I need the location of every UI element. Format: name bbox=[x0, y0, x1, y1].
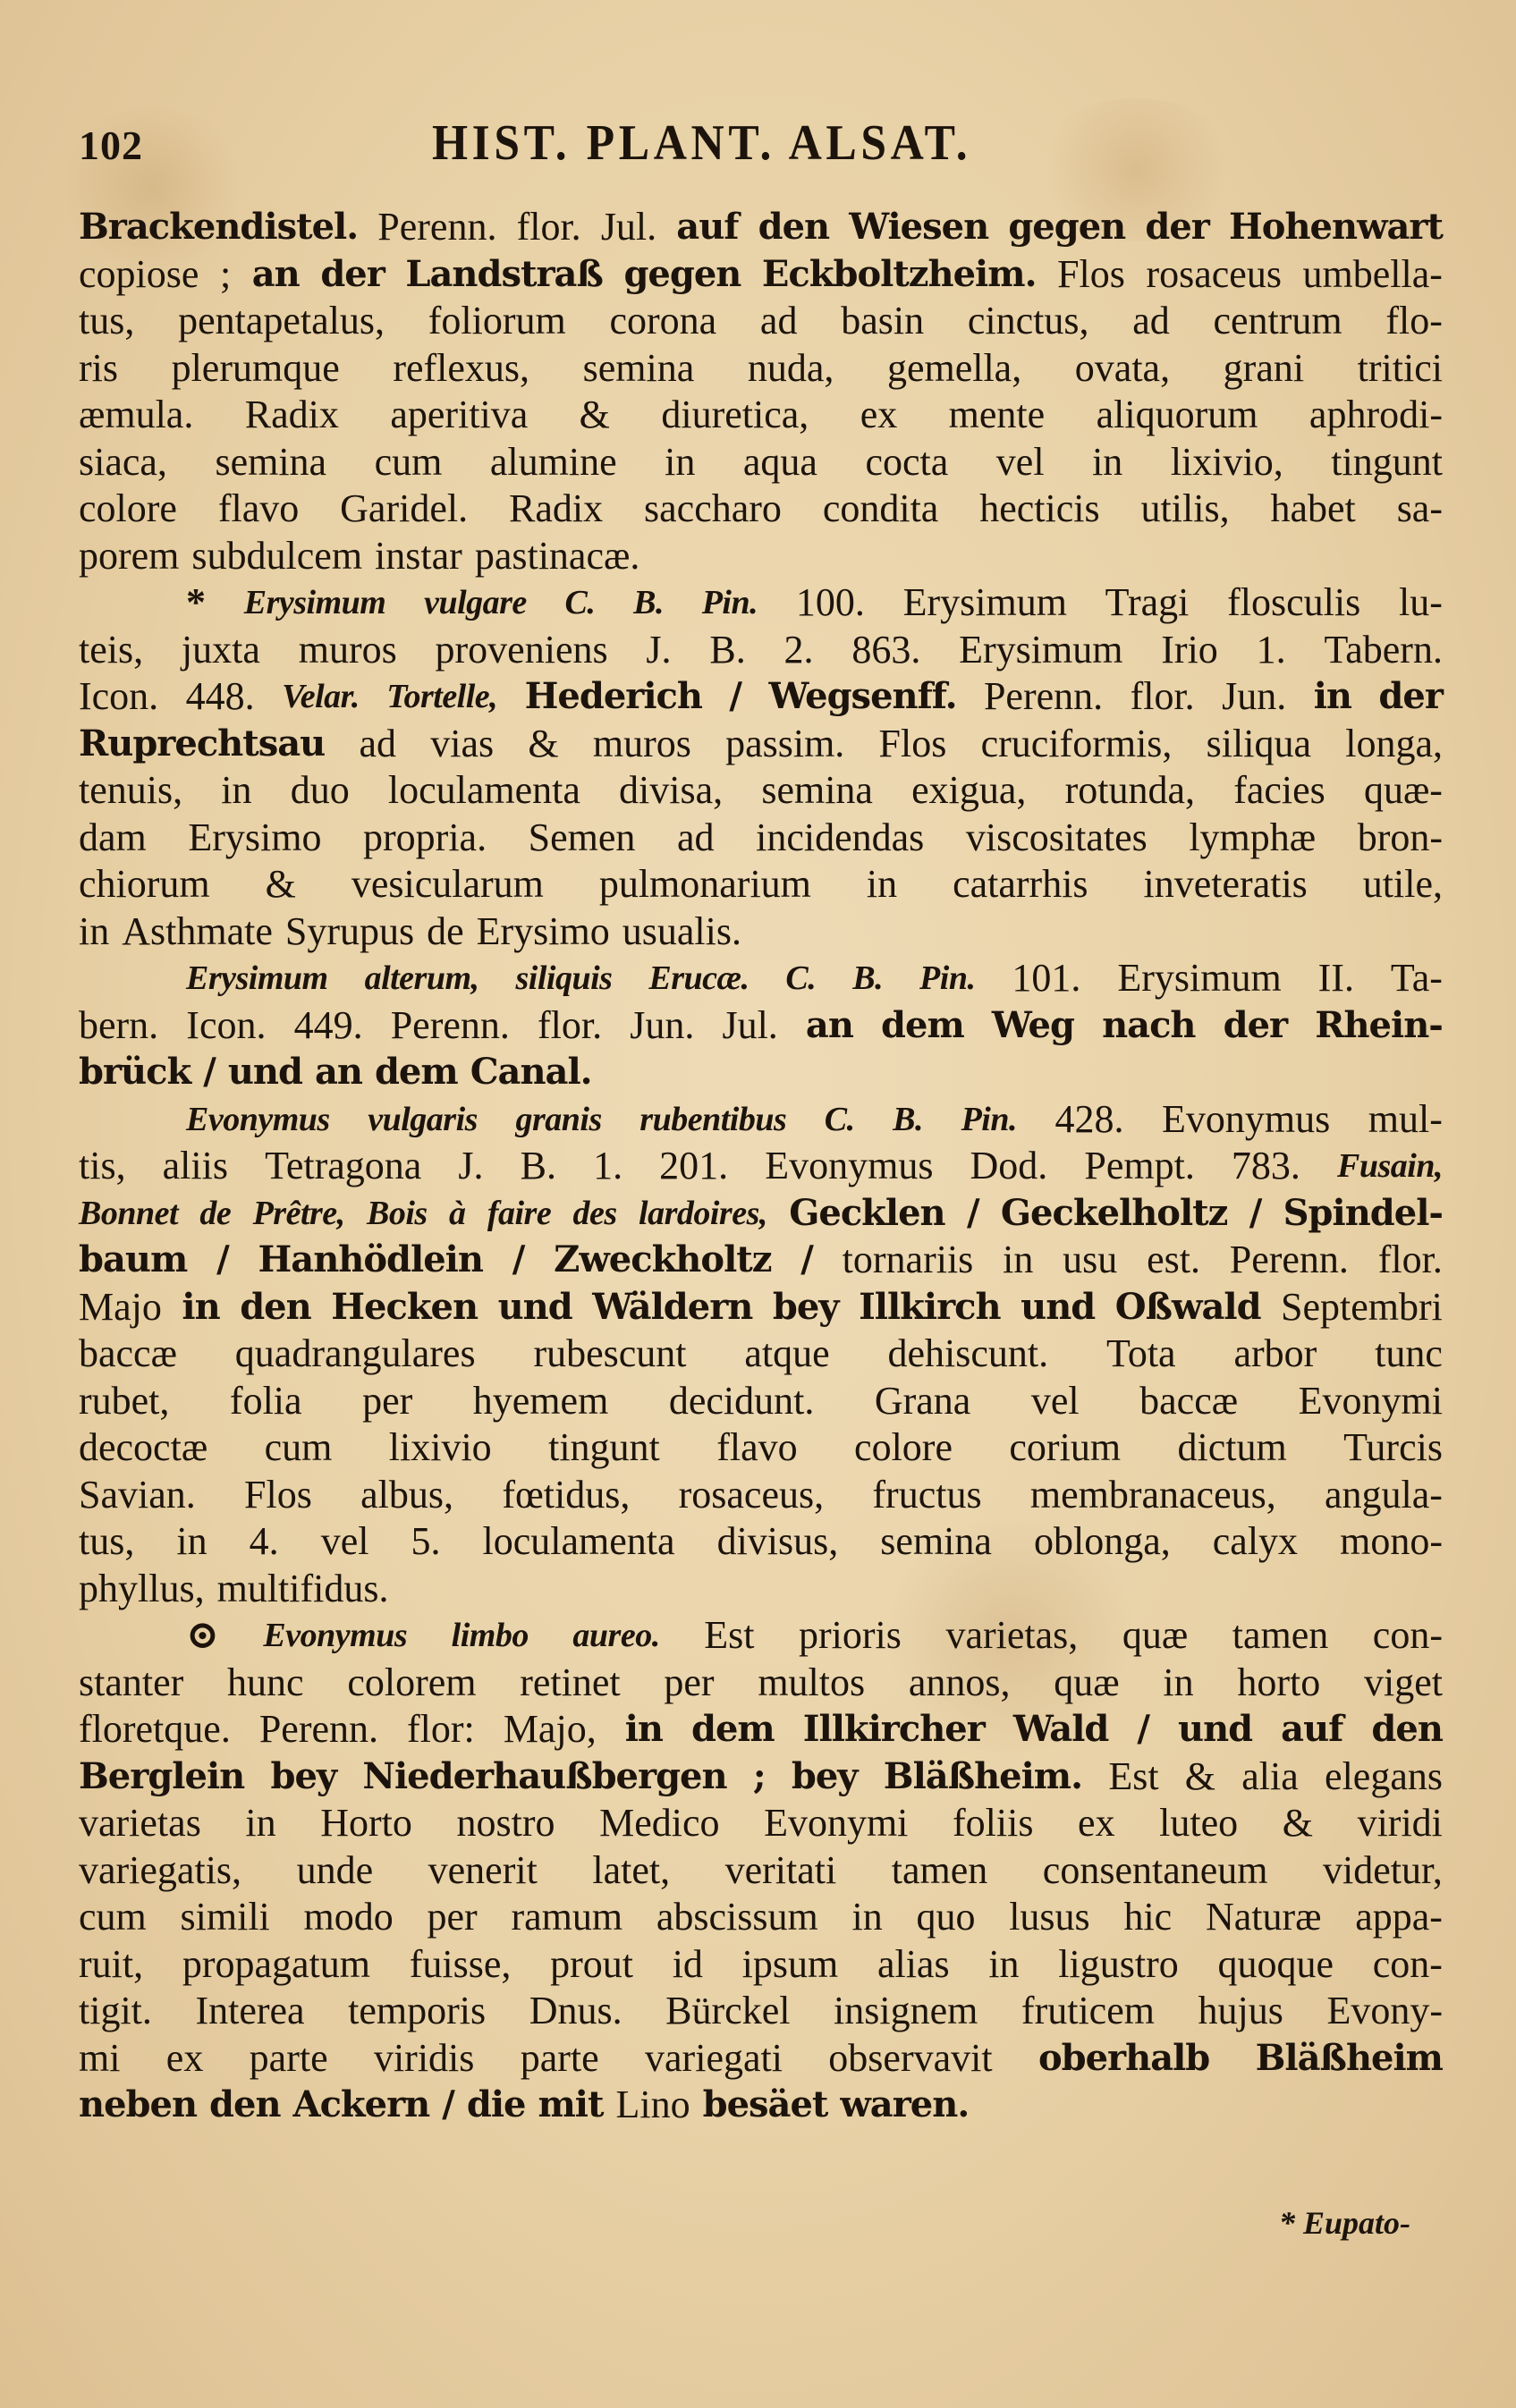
word: tingunt bbox=[548, 1424, 660, 1472]
fraktur-word: bey bbox=[792, 1753, 858, 1801]
fraktur-word: an bbox=[315, 1049, 362, 1096]
fraktur-word: / bbox=[729, 673, 741, 721]
word: dehiscunt. bbox=[888, 1331, 1049, 1378]
fraktur-word: Hanhödlein bbox=[258, 1237, 483, 1284]
word: folia bbox=[230, 1378, 302, 1425]
word: flavo bbox=[218, 486, 299, 533]
fraktur-word: Spindel- bbox=[1283, 1190, 1443, 1238]
fraktur-word: neben bbox=[79, 2082, 197, 2129]
word: Perenn. bbox=[391, 1002, 510, 1050]
word: alia bbox=[1241, 1753, 1299, 1801]
word: decidunt. bbox=[669, 1378, 815, 1425]
italic-word: Erysimum bbox=[244, 579, 386, 627]
fraktur-word: Weg bbox=[992, 1002, 1074, 1050]
word: ipsum bbox=[742, 1941, 839, 1989]
text-line: BergleinbeyNiederhaußbergen;beyBläßheim.… bbox=[79, 1753, 1443, 1801]
word: est. bbox=[1147, 1237, 1200, 1284]
word: flor. bbox=[1378, 1237, 1443, 1284]
fraktur-word: Bläßheim bbox=[1256, 2035, 1443, 2083]
word: colorem bbox=[347, 1660, 476, 1707]
fraktur-word: und bbox=[1178, 1706, 1252, 1753]
italic-word: Pin. bbox=[919, 955, 975, 1002]
word: quo bbox=[916, 1894, 975, 1941]
word: in bbox=[176, 1518, 207, 1566]
word: grani bbox=[1224, 345, 1304, 393]
word: in bbox=[221, 767, 251, 815]
fraktur-word: Rhein- bbox=[1315, 1002, 1443, 1050]
word: dictum bbox=[1177, 1424, 1286, 1472]
word: prout bbox=[550, 1941, 633, 1989]
word: siaca, bbox=[79, 439, 167, 486]
text-line: tigit.IntereatemporisDnus.Bürckelinsigne… bbox=[79, 1988, 1443, 2035]
word: vel bbox=[996, 439, 1045, 486]
word: Erysimum bbox=[1117, 955, 1281, 1002]
word: in bbox=[867, 861, 897, 908]
word: simili bbox=[181, 1894, 270, 1941]
word: quæ bbox=[1054, 1660, 1119, 1707]
word: alias bbox=[877, 1941, 950, 1989]
word: flor. bbox=[538, 1002, 602, 1050]
word: per bbox=[664, 1660, 714, 1707]
italic-word: B. bbox=[852, 955, 883, 1002]
fraktur-word: nach bbox=[1102, 1002, 1195, 1050]
word: corona bbox=[609, 298, 716, 345]
italic-word: à bbox=[449, 1190, 466, 1238]
fraktur-word: Hohenwart bbox=[1229, 204, 1443, 251]
fraktur-word: / bbox=[203, 1049, 216, 1096]
word: mente bbox=[949, 392, 1046, 439]
word: exigua, bbox=[911, 767, 1026, 815]
fraktur-word: Wegsenff. bbox=[768, 673, 956, 721]
word: rosaceus bbox=[1146, 251, 1282, 299]
word: quæ bbox=[1122, 1612, 1188, 1660]
text-line: Ruprechtsauadvias&murospassim.Floscrucif… bbox=[79, 721, 1443, 768]
word: Evonymus bbox=[765, 1143, 933, 1190]
word: & bbox=[1185, 1753, 1215, 1801]
word: porem bbox=[79, 533, 179, 580]
fraktur-word: besäet bbox=[703, 2082, 828, 2129]
word: semina bbox=[215, 439, 326, 486]
text-line: tus,in4.vel5.loculamentadivisus,seminaob… bbox=[79, 1518, 1443, 1566]
italic-word: Erucæ. bbox=[648, 955, 749, 1002]
word: varietas bbox=[79, 1800, 201, 1847]
fraktur-word: oberhalb bbox=[1038, 2035, 1209, 2083]
word: lymphæ bbox=[1189, 815, 1316, 862]
text-line: cumsimilimodoperramumabscissuminquolusus… bbox=[79, 1894, 1443, 1941]
word: Tragi bbox=[1105, 579, 1190, 627]
fraktur-word: ; bbox=[753, 1753, 766, 1801]
fraktur-word: auf bbox=[1281, 1706, 1342, 1753]
word: Evony- bbox=[1326, 1988, 1443, 2035]
text-line: risplerumquereflexus,seminanuda,gemella,… bbox=[79, 345, 1443, 393]
word: umbella- bbox=[1303, 251, 1443, 299]
word: cum bbox=[79, 1894, 147, 1941]
word: rosaceus, bbox=[679, 1472, 825, 1519]
word: albus, bbox=[360, 1472, 453, 1519]
word: nuda, bbox=[748, 345, 834, 393]
text-line: *ErysimumvulgareC.B.Pin.100.ErysimumTrag… bbox=[79, 579, 1443, 627]
fraktur-word: / bbox=[1249, 1190, 1262, 1238]
word: Flos bbox=[244, 1472, 312, 1519]
word: 1. bbox=[1257, 627, 1286, 674]
word: semina bbox=[880, 1518, 992, 1566]
word: cum bbox=[375, 439, 443, 486]
word: tus, bbox=[79, 1518, 134, 1566]
word: lixivio, bbox=[1171, 439, 1283, 486]
italic-word: Bois bbox=[367, 1190, 428, 1238]
fraktur-word: Eckboltzheim. bbox=[762, 251, 1037, 299]
word: latet, bbox=[592, 1847, 670, 1895]
fraktur-word: Geckelholtz bbox=[1001, 1190, 1227, 1238]
fraktur-word: den bbox=[209, 2082, 281, 2129]
word: videtur, bbox=[1323, 1847, 1443, 1895]
word: muros bbox=[299, 627, 397, 674]
word: Dnus. bbox=[529, 1988, 622, 2035]
word: alumine bbox=[490, 439, 617, 486]
word: centrum bbox=[1213, 298, 1342, 345]
fraktur-word: Wiesen bbox=[849, 204, 988, 251]
word: hecticis bbox=[979, 486, 1099, 533]
word: quoque bbox=[1217, 1941, 1334, 1989]
word: luteo bbox=[1159, 1800, 1238, 1847]
word: decoctæ bbox=[79, 1424, 207, 1472]
word: viridi bbox=[1358, 1800, 1443, 1847]
fraktur-word: Bläßheim. bbox=[884, 1753, 1082, 1801]
fraktur-word: Ruprechtsau bbox=[79, 721, 325, 768]
word: aperitiva bbox=[390, 392, 528, 439]
italic-word: C. bbox=[825, 1096, 855, 1144]
text-line: copiose;anderLandstraßgegenEckboltzheim.… bbox=[79, 251, 1443, 299]
word: catarrhis bbox=[953, 861, 1088, 908]
word: divisus, bbox=[717, 1518, 839, 1566]
fraktur-word: den bbox=[1371, 1706, 1443, 1753]
fraktur-word: gegen bbox=[623, 251, 741, 299]
fraktur-word: / bbox=[216, 1237, 229, 1284]
word: B. bbox=[709, 627, 745, 674]
word: flor: bbox=[407, 1706, 475, 1753]
word: Septembri bbox=[1281, 1284, 1443, 1331]
fraktur-word: der bbox=[1378, 673, 1443, 721]
fraktur-word: Gecklen bbox=[789, 1190, 944, 1238]
fraktur-word: und bbox=[1021, 1284, 1095, 1331]
symbol-mark: ⊙ bbox=[186, 1612, 219, 1660]
word: siliqua bbox=[1207, 721, 1311, 768]
word: observavit bbox=[828, 2035, 992, 2083]
italic-word: rubentibus bbox=[639, 1096, 786, 1144]
word: usualis. bbox=[622, 908, 741, 956]
word: dam bbox=[79, 815, 147, 862]
word: con- bbox=[1373, 1612, 1443, 1660]
word: muros bbox=[593, 721, 691, 768]
word: vias bbox=[430, 721, 494, 768]
word: ovata, bbox=[1075, 345, 1170, 393]
word: colore bbox=[854, 1424, 953, 1472]
word: modo bbox=[304, 1894, 394, 1941]
word: Garidel. bbox=[340, 486, 468, 533]
fraktur-word: bey bbox=[270, 1753, 336, 1801]
word: cinctus, bbox=[968, 298, 1089, 345]
word: vesicularum bbox=[351, 861, 544, 908]
fraktur-word: der bbox=[1224, 1002, 1288, 1050]
word: 428. bbox=[1055, 1096, 1124, 1144]
word: & bbox=[1283, 1800, 1313, 1847]
word: Lino bbox=[615, 2082, 690, 2129]
fraktur-word: Wäldern bbox=[592, 1284, 752, 1331]
word: cruciformis, bbox=[981, 721, 1173, 768]
italic-word: Evonymus bbox=[263, 1612, 407, 1660]
word: consentaneum bbox=[1043, 1847, 1268, 1895]
word: duo bbox=[291, 767, 350, 815]
word: 4. bbox=[250, 1518, 279, 1566]
word: semina bbox=[583, 345, 695, 393]
fraktur-word: bey bbox=[773, 1284, 839, 1331]
word: viget bbox=[1364, 1660, 1443, 1707]
italic-word: Evonymus bbox=[186, 1096, 330, 1144]
italic-word: de bbox=[199, 1190, 231, 1238]
fraktur-word: / bbox=[1137, 1706, 1149, 1753]
word: B. bbox=[521, 1143, 556, 1190]
word: tamen bbox=[1232, 1612, 1329, 1660]
text-line: æmula.Radixaperitiva&diuretica,exmenteal… bbox=[79, 392, 1443, 439]
word: variegatis, bbox=[79, 1847, 241, 1895]
word: lu- bbox=[1399, 579, 1443, 627]
word: Erysimo bbox=[477, 908, 610, 956]
word: & bbox=[580, 392, 610, 439]
text-line: Savian.Flosalbus,fœtidus,rosaceus,fructu… bbox=[79, 1472, 1443, 1519]
word: floretque. bbox=[79, 1706, 231, 1753]
word: mul- bbox=[1368, 1096, 1443, 1144]
italic-word: Fusain, bbox=[1337, 1143, 1443, 1190]
fraktur-word: den bbox=[240, 1284, 311, 1331]
word: loculamenta bbox=[483, 1518, 675, 1566]
word: Semen bbox=[529, 815, 636, 862]
word: Asthmate bbox=[122, 908, 273, 956]
word: Perenn. bbox=[259, 1706, 378, 1753]
word: abscissum bbox=[656, 1894, 818, 1941]
word: 2. bbox=[784, 627, 814, 674]
text-line: tenuis,induoloculamentadivisa,seminaexig… bbox=[79, 767, 1443, 815]
fraktur-word: Berglein bbox=[79, 1753, 244, 1801]
word: ruit, bbox=[79, 1941, 143, 1989]
word: Jul. bbox=[601, 204, 656, 251]
text-line: ⊙Evonymuslimboaureo.Estpriorisvarietas,q… bbox=[79, 1612, 1443, 1660]
italic-word: Bonnet bbox=[79, 1190, 178, 1238]
italic-word: lardoires, bbox=[639, 1190, 767, 1238]
italic-word: siliquis bbox=[515, 955, 612, 1002]
fraktur-word: Zweckholtz bbox=[554, 1237, 771, 1284]
word: vel bbox=[321, 1518, 369, 1566]
text-line: siaca,seminacumalumineinaquacoctavelinli… bbox=[79, 439, 1443, 486]
word: 100. bbox=[796, 579, 865, 627]
word: & bbox=[528, 721, 558, 768]
italic-word: B. bbox=[633, 579, 664, 627]
word: propria. bbox=[363, 815, 487, 862]
word: fuisse, bbox=[410, 1941, 512, 1989]
word: in bbox=[851, 1894, 882, 1941]
word: loculamenta bbox=[388, 767, 580, 815]
word: saccharo bbox=[644, 486, 782, 533]
word: bern. bbox=[79, 1002, 158, 1050]
italic-word: aureo. bbox=[572, 1612, 659, 1660]
italic-word: vulgare bbox=[424, 579, 527, 627]
word: in bbox=[1092, 439, 1122, 486]
word: Erysimo bbox=[188, 815, 321, 862]
word: flor. bbox=[1131, 673, 1195, 721]
word: pentapetalus, bbox=[178, 298, 385, 345]
word: Majo bbox=[79, 1284, 162, 1331]
word: calyx bbox=[1213, 1518, 1298, 1566]
word: 863. bbox=[851, 627, 920, 674]
text-line: MajoindenHeckenundWäldernbeyIllkirchundO… bbox=[79, 1284, 1443, 1331]
word: tis, bbox=[79, 1143, 126, 1190]
word: tigit. bbox=[79, 1988, 152, 2035]
word: chiorum bbox=[79, 861, 210, 908]
word: inveteratis bbox=[1144, 861, 1308, 908]
fraktur-word: und bbox=[498, 1284, 572, 1331]
word: copiose bbox=[79, 251, 199, 299]
word: 5. bbox=[411, 1518, 440, 1566]
word: habet bbox=[1270, 486, 1355, 533]
text-line: tus,pentapetalus,foliorumcoronaadbasinci… bbox=[79, 298, 1443, 345]
word: phyllus, bbox=[79, 1566, 205, 1613]
italic-word: Pin. bbox=[961, 1096, 1017, 1144]
text-line: ruit,propagatumfuisse,proutidipsumaliasi… bbox=[79, 1941, 1443, 1989]
fraktur-word: brück bbox=[79, 1049, 191, 1096]
word: J. bbox=[646, 627, 671, 674]
fraktur-word: Landstraß bbox=[405, 251, 602, 299]
word: J. bbox=[458, 1143, 483, 1190]
word: unde bbox=[297, 1847, 374, 1895]
italic-word: C. bbox=[565, 579, 596, 627]
fraktur-word: Hecken bbox=[331, 1284, 478, 1331]
italic-word: granis bbox=[515, 1096, 601, 1144]
word: Est bbox=[1108, 1753, 1158, 1801]
word: Pempt. bbox=[1084, 1143, 1194, 1190]
word: ad bbox=[677, 815, 715, 862]
text-line: stanterhunccoloremretinetpermultosannos,… bbox=[79, 1660, 1443, 1707]
word: flor. bbox=[517, 204, 581, 251]
fraktur-word: / bbox=[800, 1237, 813, 1284]
word: appa- bbox=[1355, 1894, 1443, 1941]
word: foliis bbox=[953, 1800, 1033, 1847]
page-header: 102 HIST. PLANT. ALSAT. bbox=[79, 114, 1447, 177]
word: Evonymus bbox=[1162, 1096, 1330, 1144]
word: ex bbox=[166, 2035, 204, 2083]
text-line: decoctæcumlixiviotinguntflavocolorecoriu… bbox=[79, 1424, 1443, 1472]
word: divisa, bbox=[619, 767, 723, 815]
word: Tabern. bbox=[1324, 627, 1443, 674]
fraktur-word: dem bbox=[881, 1002, 964, 1050]
fraktur-word: in bbox=[1314, 673, 1351, 721]
fraktur-word: und bbox=[228, 1049, 302, 1096]
fraktur-word: den bbox=[758, 204, 830, 251]
word: ad bbox=[760, 298, 798, 345]
word: in bbox=[79, 908, 109, 956]
word: Bürckel bbox=[665, 1988, 790, 2035]
word: Jun. bbox=[1222, 673, 1286, 721]
text-line: chiorum&vesicularumpulmonariumincatarrhi… bbox=[79, 861, 1443, 908]
word: hic bbox=[1123, 1894, 1172, 1941]
book-page: 102 HIST. PLANT. ALSAT. Brackendistel.Pe… bbox=[0, 0, 1516, 2408]
word: pulmonarium bbox=[599, 861, 811, 908]
italic-word: vulgaris bbox=[368, 1096, 478, 1144]
italic-word: alterum, bbox=[365, 955, 479, 1002]
word: ex bbox=[1078, 1800, 1115, 1847]
text-line: floretque.Perenn.flor:Majo,indemIllkirch… bbox=[79, 1706, 1443, 1753]
word: Perenn. bbox=[984, 673, 1103, 721]
word: utile, bbox=[1363, 861, 1443, 908]
italic-word: Pin. bbox=[702, 579, 758, 627]
word: sa- bbox=[1397, 486, 1443, 533]
word: teis, bbox=[79, 627, 143, 674]
text-line: damErysimopropria.Semenadincidendasvisco… bbox=[79, 815, 1443, 862]
word: vel bbox=[1031, 1378, 1080, 1425]
word: aliquorum bbox=[1097, 392, 1258, 439]
italic-word: limbo bbox=[452, 1612, 529, 1660]
word: instar bbox=[375, 533, 462, 580]
word: tenuis, bbox=[79, 767, 182, 815]
word: variegati bbox=[645, 2035, 783, 2083]
word: de bbox=[427, 908, 464, 956]
text-line: BonnetdePrêtre,Boisàfairedeslardoires,Ge… bbox=[79, 1190, 1443, 1238]
fraktur-word: / bbox=[512, 1237, 525, 1284]
fraktur-word: Illkirch bbox=[859, 1284, 1001, 1331]
text-line: baccæquadrangularesrubescuntatquedehiscu… bbox=[79, 1331, 1443, 1378]
word: Syrupus bbox=[285, 908, 414, 956]
word: retinet bbox=[520, 1660, 620, 1707]
text-line: teis,juxtamurosproveniensJ.B.2.863.Erysi… bbox=[79, 627, 1443, 674]
italic-word: Tortelle, bbox=[386, 673, 497, 721]
text-line: variegatis,undeveneritlatet,veritatitame… bbox=[79, 1847, 1443, 1895]
word: Medico bbox=[599, 1800, 719, 1847]
word: in bbox=[988, 1941, 1019, 1989]
word: incidendas bbox=[756, 815, 924, 862]
fraktur-word: Oßwald bbox=[1115, 1284, 1261, 1331]
word: hujus bbox=[1198, 1988, 1283, 2035]
word: parte bbox=[250, 2035, 328, 2083]
word: diuretica, bbox=[661, 392, 809, 439]
word: parte bbox=[521, 2035, 599, 2083]
italic-word: des bbox=[573, 1190, 617, 1238]
fraktur-word: an bbox=[252, 251, 300, 299]
word: nostro bbox=[456, 1800, 555, 1847]
word: 783. bbox=[1232, 1143, 1300, 1190]
word: fœtidus, bbox=[502, 1472, 630, 1519]
word: tamen bbox=[892, 1847, 988, 1895]
word: Perenn. bbox=[377, 204, 496, 251]
word: Turcis bbox=[1343, 1424, 1443, 1472]
word: Jul. bbox=[722, 1002, 777, 1050]
fraktur-word: Ackern bbox=[293, 2082, 430, 2129]
word: foliorum bbox=[428, 298, 566, 345]
word: Tetragona bbox=[265, 1143, 421, 1190]
fraktur-word: auf bbox=[676, 204, 738, 251]
word: viridis bbox=[374, 2035, 474, 2083]
word: ramum bbox=[511, 1894, 622, 1941]
word: baccæ bbox=[1139, 1378, 1238, 1425]
word: in bbox=[1163, 1660, 1193, 1707]
word: corium bbox=[1009, 1424, 1121, 1472]
word: condita bbox=[823, 486, 939, 533]
word: rubet, bbox=[79, 1378, 169, 1425]
word: ex bbox=[860, 392, 898, 439]
symbol-mark: * bbox=[186, 579, 206, 627]
word: usu bbox=[1063, 1237, 1117, 1284]
fraktur-word: mit bbox=[538, 2082, 603, 2129]
word: colore bbox=[79, 486, 177, 533]
text-line: EvonymusvulgarisgranisrubentibusC.B.Pin.… bbox=[79, 1096, 1443, 1144]
word: aphrodi- bbox=[1309, 392, 1443, 439]
